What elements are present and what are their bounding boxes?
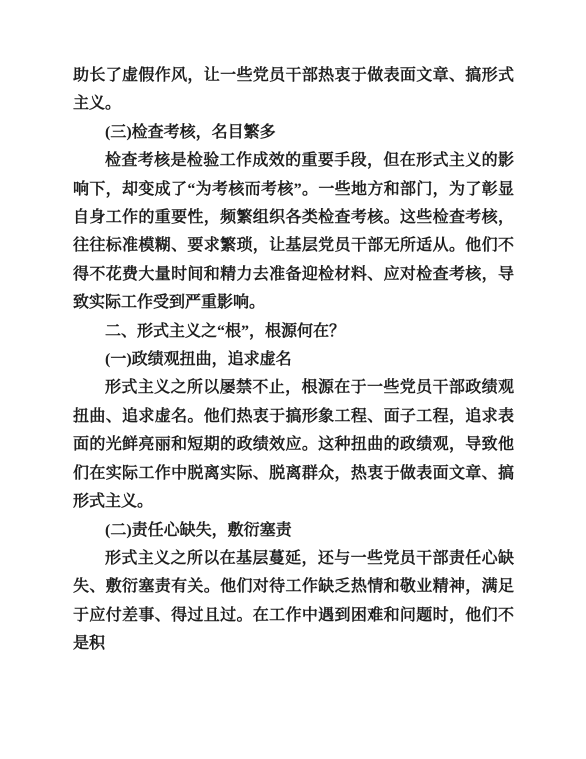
subsection-heading: (一)政绩观扭曲，追求虚名 [73, 346, 514, 374]
paragraph: 形式主义之所以在基层蔓延，还与一些党员干部责任心缺失、敷衍塞责有关。他们对待工作… [73, 545, 514, 659]
document-page: 助长了虚假作风，让一些党员干部热衷于做表面文章、搞形式主义。(三)检查考核，名目… [0, 0, 586, 759]
paragraph: 检查考核是检验工作成效的重要手段，但在形式主义的影响下，却变成了“为考核而考核”… [73, 147, 514, 317]
subsection-heading: (二)责任心缺失，敷衍塞责 [73, 517, 514, 545]
paragraph-continuation: 助长了虚假作风，让一些党员干部热衷于做表面文章、搞形式主义。 [73, 62, 514, 119]
subsection-heading: (三)检查考核，名目繁多 [73, 119, 514, 147]
section-heading: 二、形式主义之“根”，根源何在？ [73, 318, 514, 346]
paragraph: 形式主义之所以屡禁不止，根源在于一些党员干部政绩观扭曲、追求虚名。他们热衷于搞形… [73, 374, 514, 516]
document-content: 助长了虚假作风，让一些党员干部热衷于做表面文章、搞形式主义。(三)检查考核，名目… [73, 62, 514, 659]
